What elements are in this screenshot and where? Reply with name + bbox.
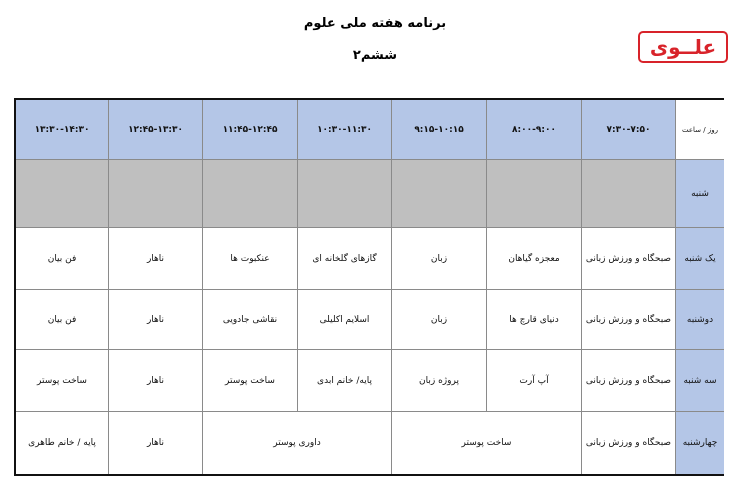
table-cell: صبحگاه و ورزش زبانی xyxy=(582,228,676,290)
time-header-1: ۷:۳۰-۷:۵۰ xyxy=(582,100,676,160)
time-header-4: ۱۰:۳۰-۱۱:۳۰ xyxy=(298,100,392,160)
table-cell: ناهار xyxy=(109,228,203,290)
time-header-6: ۱۲:۴۵-۱۳:۳۰ xyxy=(109,100,203,160)
table-cell: زبان xyxy=(392,228,487,290)
day-label-tuesday: سه شنبه xyxy=(676,350,724,412)
table-cell: دنیای قارچ ها xyxy=(487,290,582,350)
table-cell-merged: داوری پوستر xyxy=(203,412,392,474)
table-cell: فن بیان xyxy=(16,228,109,290)
day-label-wednesday: چهارشنبه xyxy=(676,412,724,474)
time-header-3: ۹:۱۵-۱۰:۱۵ xyxy=(392,100,487,160)
table-cell-empty xyxy=(16,160,109,228)
table-cell: صبحگاه و ورزش زبانی xyxy=(582,290,676,350)
table-cell: پایه/ خانم ابدی xyxy=(298,350,392,412)
table-cell-merged: ساخت پوستر xyxy=(392,412,582,474)
table-cell: عنکبوت ها xyxy=(203,228,298,290)
table-cell: پایه / خانم طاهری xyxy=(16,412,109,474)
table-cell: زبان xyxy=(392,290,487,350)
page-title: برنامه هفته ملی علوم xyxy=(250,16,500,31)
table-cell-empty xyxy=(392,160,487,228)
school-logo: علــوی xyxy=(638,31,728,63)
table-cell: پروژه زبان xyxy=(392,350,487,412)
table-cell: نقاشی جادویی xyxy=(203,290,298,350)
table-cell: ساخت پوستر xyxy=(16,350,109,412)
time-header-2: ۸:۰۰-۹:۰۰ xyxy=(487,100,582,160)
table-cell: صبحگاه و ورزش زبانی xyxy=(582,412,676,474)
schedule-table: ۱۳:۳۰-۱۴:۳۰ ۱۲:۴۵-۱۳:۳۰ ۱۱:۴۵-۱۲:۴۵ ۱۰:۳… xyxy=(14,98,724,476)
table-cell: ناهار xyxy=(109,412,203,474)
table-cell: ساخت پوستر xyxy=(203,350,298,412)
day-label-saturday: شنبه xyxy=(676,160,724,228)
table-cell: ناهار xyxy=(109,290,203,350)
table-cell-empty xyxy=(203,160,298,228)
corner-header: روز / ساعت xyxy=(676,100,724,160)
table-cell: فن بیان xyxy=(16,290,109,350)
class-subtitle: ششم۲ xyxy=(250,48,500,63)
time-header-5: ۱۱:۴۵-۱۲:۴۵ xyxy=(203,100,298,160)
table-cell: گازهای گلخانه ای xyxy=(298,228,392,290)
table-cell: اسلایم اکلیلی xyxy=(298,290,392,350)
table-cell: معجزه گیاهان xyxy=(487,228,582,290)
table-cell: صبحگاه و ورزش زبانی xyxy=(582,350,676,412)
table-cell-empty xyxy=(298,160,392,228)
table-cell-empty xyxy=(582,160,676,228)
table-cell-empty xyxy=(109,160,203,228)
table-cell-empty xyxy=(487,160,582,228)
day-label-monday: دوشنبه xyxy=(676,290,724,350)
time-header-7: ۱۳:۳۰-۱۴:۳۰ xyxy=(16,100,109,160)
table-cell: آپ آرت xyxy=(487,350,582,412)
table-cell: ناهار xyxy=(109,350,203,412)
day-label-sunday: یک شنبه xyxy=(676,228,724,290)
